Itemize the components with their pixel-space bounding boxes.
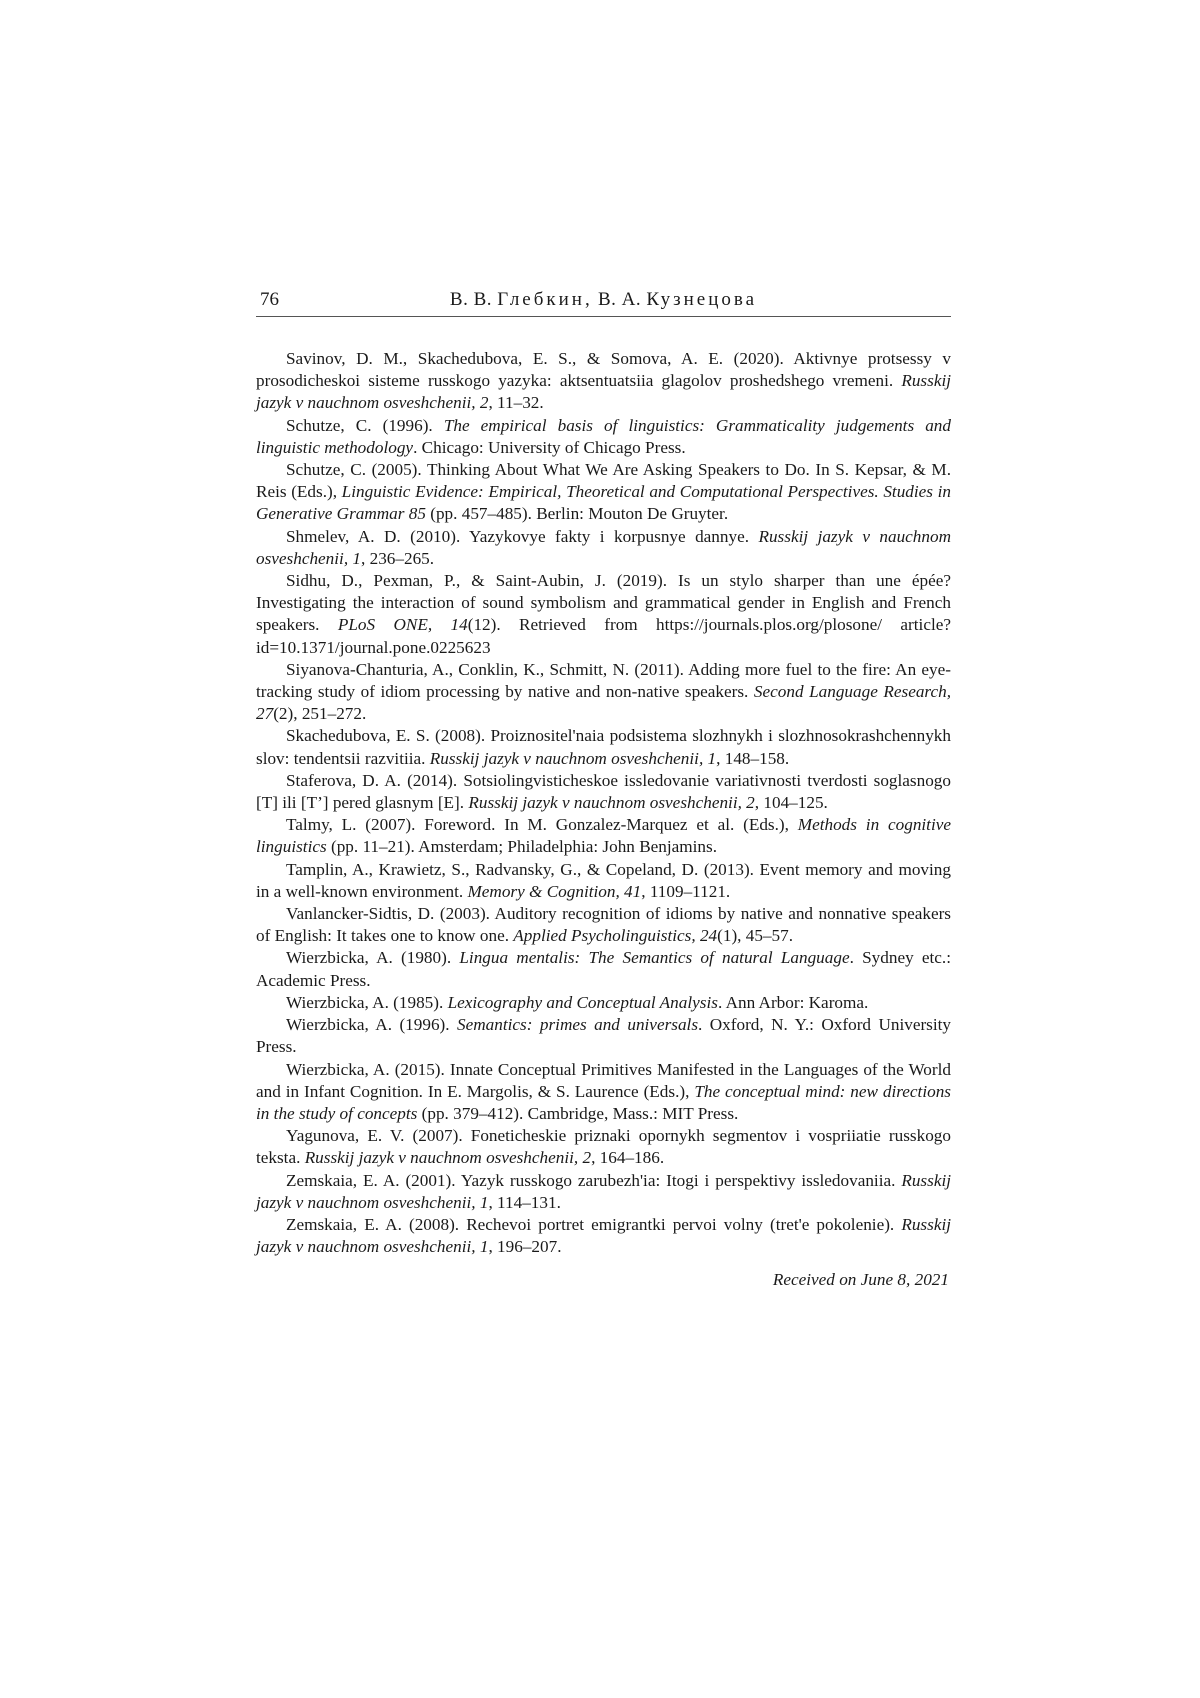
reference-italic-title: Russkij jazyk v nauchnom osveshchenii, 1 <box>430 749 716 768</box>
reference-entry: Shmelev, A. D. (2010). Yazykovye fakty i… <box>256 526 951 570</box>
reference-entry: Siyanova-Chanturia, A., Conklin, K., Sch… <box>256 659 951 726</box>
reference-text: , 114–131. <box>488 1193 560 1212</box>
reference-text: . Chicago: University of Chicago Press. <box>413 438 686 457</box>
reference-text: Wierzbicka, A. (1980). <box>286 948 459 967</box>
reference-text: Shmelev, A. D. (2010). Yazykovye fakty i… <box>286 527 758 546</box>
reference-text: , 236–265. <box>361 549 434 568</box>
reference-text: (1), 45–57. <box>717 926 793 945</box>
reference-text: Talmy, L. (2007). Foreword. In M. Gonzal… <box>286 815 798 834</box>
author-initials-2: В. А. <box>598 289 641 310</box>
reference-entry: Wierzbicka, A. (1985). Lexicography and … <box>256 992 951 1014</box>
reference-entry: Zemskaia, E. A. (2001). Yazyk russkogo z… <box>256 1170 951 1214</box>
reference-italic-title: Memory & Cognition, 41 <box>467 882 641 901</box>
reference-text: , 104–125. <box>755 793 828 812</box>
reference-text: (pp. 457–485). Berlin: Mouton De Gruyter… <box>426 504 728 523</box>
running-title-authors: В. В. Глебкин, В. А. Кузнецова <box>256 289 951 311</box>
reference-text: , 148–158. <box>716 749 789 768</box>
reference-text: Zemskaia, E. A. (2001). Yazyk russkogo z… <box>286 1171 901 1190</box>
reference-entry: Staferova, D. A. (2014). Sotsiolingvisti… <box>256 770 951 814</box>
reference-italic-title: Lexicography and Conceptual Analysis <box>448 993 718 1012</box>
reference-italic-title: Russkij jazyk v nauchnom osveshchenii, 2 <box>305 1148 591 1167</box>
reference-text: (2), 251–272. <box>273 704 366 723</box>
reference-text: , 164–186. <box>591 1148 664 1167</box>
received-date: Received on June 8, 2021 <box>256 1270 951 1290</box>
reference-entry: Schutze, C. (1996). The empirical basis … <box>256 415 951 459</box>
reference-entry: Sidhu, D., Pexman, P., & Saint-Aubin, J.… <box>256 570 951 659</box>
reference-entry: Vanlancker-Sidtis, D. (2003). Auditory r… <box>256 903 951 947</box>
reference-text: (pp. 11–21). Amsterdam; Philadelphia: Jo… <box>327 837 717 856</box>
reference-text: Savinov, D. M., Skachedubova, E. S., & S… <box>256 349 951 390</box>
reference-text: , 11–32. <box>488 393 543 412</box>
reference-text: , 1109–1121. <box>641 882 730 901</box>
reference-italic-title: Semantics: primes and universals <box>457 1015 698 1034</box>
reference-entry: Wierzbicka, A. (1980). Lingua mentalis: … <box>256 947 951 991</box>
reference-text: (pp. 379–412). Cambridge, Mass.: MIT Pre… <box>417 1104 738 1123</box>
reference-text: Wierzbicka, A. (1996). <box>286 1015 457 1034</box>
reference-italic-title: PLoS ONE, 14 <box>338 615 468 634</box>
author-surname-2: Кузнецова <box>646 289 757 310</box>
reference-entry: Wierzbicka, A. (1996). Semantics: primes… <box>256 1014 951 1058</box>
reference-entry: Tamplin, A., Krawietz, S., Radvansky, G.… <box>256 859 951 903</box>
reference-italic-title: Lingua mentalis: The Semantics of natura… <box>459 948 849 967</box>
reference-text: . Ann Arbor: Karoma. <box>718 993 868 1012</box>
reference-text: Wierzbicka, A. (1985). <box>286 993 448 1012</box>
reference-italic-title: Applied Psycholinguistics, 24 <box>513 926 717 945</box>
reference-text: , 196–207. <box>488 1237 561 1256</box>
reference-text: Schutze, C. (1996). <box>286 416 444 435</box>
document-page: 76 В. В. Глебкин, В. А. Кузнецова Savino… <box>256 286 951 1290</box>
reference-italic-title: Russkij jazyk v nauchnom osveshchenii, 2 <box>468 793 754 812</box>
reference-entry: Zemskaia, E. A. (2008). Rechevoi portret… <box>256 1214 951 1258</box>
reference-list: Savinov, D. M., Skachedubova, E. S., & S… <box>256 348 951 1258</box>
running-header: 76 В. В. Глебкин, В. А. Кузнецова <box>256 286 951 317</box>
reference-entry: Savinov, D. M., Skachedubova, E. S., & S… <box>256 348 951 415</box>
reference-entry: Schutze, C. (2005). Thinking About What … <box>256 459 951 526</box>
reference-entry: Talmy, L. (2007). Foreword. In M. Gonzal… <box>256 814 951 858</box>
author-initials-1: В. В. <box>450 289 492 310</box>
reference-entry: Skachedubova, E. S. (2008). Proiznositel… <box>256 725 951 769</box>
author-surname-1: Глебкин, <box>497 289 592 310</box>
reference-entry: Yagunova, E. V. (2007). Foneticheskie pr… <box>256 1125 951 1169</box>
reference-entry: Wierzbicka, A. (2015). Innate Conceptual… <box>256 1059 951 1126</box>
reference-text: Zemskaia, E. A. (2008). Rechevoi portret… <box>286 1215 901 1234</box>
